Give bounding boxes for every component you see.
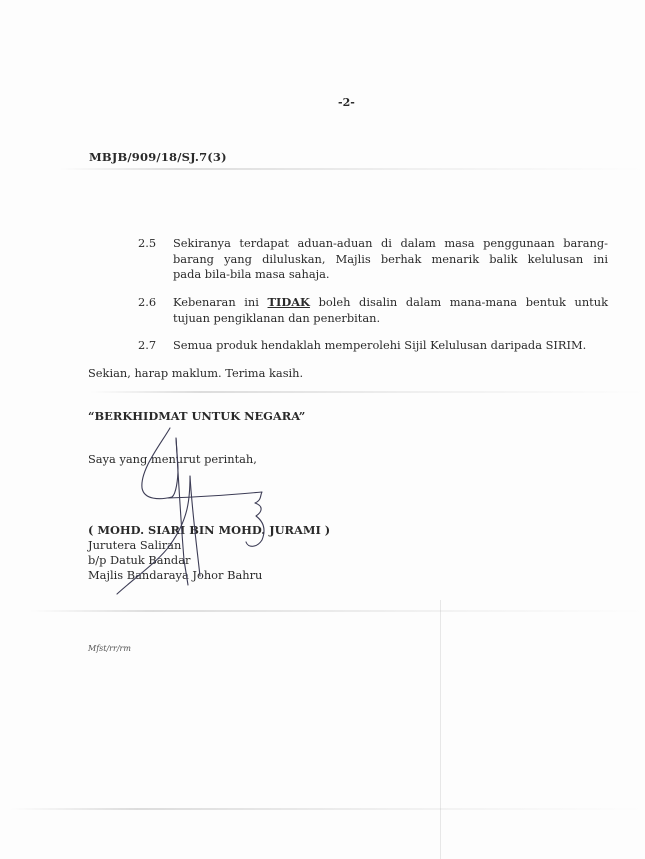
clause-number: 2.7 (138, 338, 156, 354)
signatory-organisation: Majlis Bandaraya Johor Bahru (88, 568, 262, 582)
clause-text: Sekiranya terdapat aduan-aduan di dalam … (173, 236, 608, 283)
paper-crease (60, 168, 645, 170)
clause-2-6: 2.6 Kebenaran ini TIDAK boleh disalin da… (138, 295, 608, 327)
clause-text: Semua produk hendaklah memperolehi Sijil… (173, 338, 608, 354)
paper-crease (90, 391, 645, 393)
paper-crease (10, 808, 645, 810)
signoff-line: Saya yang menurut perintah, (88, 452, 257, 466)
signature-icon (0, 0, 645, 859)
paper-crease (30, 610, 645, 612)
clause-number: 2.5 (138, 236, 156, 252)
signatory-name: ( MOHD. SIARI BIN MOHD. JURAMI ) (88, 523, 330, 537)
paper-fold (440, 600, 441, 859)
reference-initials: Mfst/rr/rm (88, 644, 131, 653)
reference-number: MBJB/909/18/SJ.7(3) (89, 150, 227, 164)
emphasis-tidak: TIDAK (268, 295, 310, 309)
clause-2-7: 2.7 Semua produk hendaklah memperolehi S… (138, 338, 608, 354)
page-number: -2- (338, 96, 355, 109)
clause-number: 2.6 (138, 295, 156, 311)
closing-remark: Sekian, harap maklum. Terima kasih. (88, 366, 303, 380)
clause-2-5: 2.5 Sekiranya terdapat aduan-aduan di da… (138, 236, 608, 284)
motto: “BERKHIDMAT UNTUK NEGARA” (88, 409, 305, 423)
signatory-on-behalf: b/p Datuk Bandar (88, 553, 190, 567)
document-page: -2- MBJB/909/18/SJ.7(3) 2.5 Sekiranya te… (0, 0, 645, 859)
clause-text: Kebenaran ini TIDAK boleh disalin dalam … (173, 295, 608, 326)
signatory-title: Jurutera Saliran (88, 538, 181, 552)
